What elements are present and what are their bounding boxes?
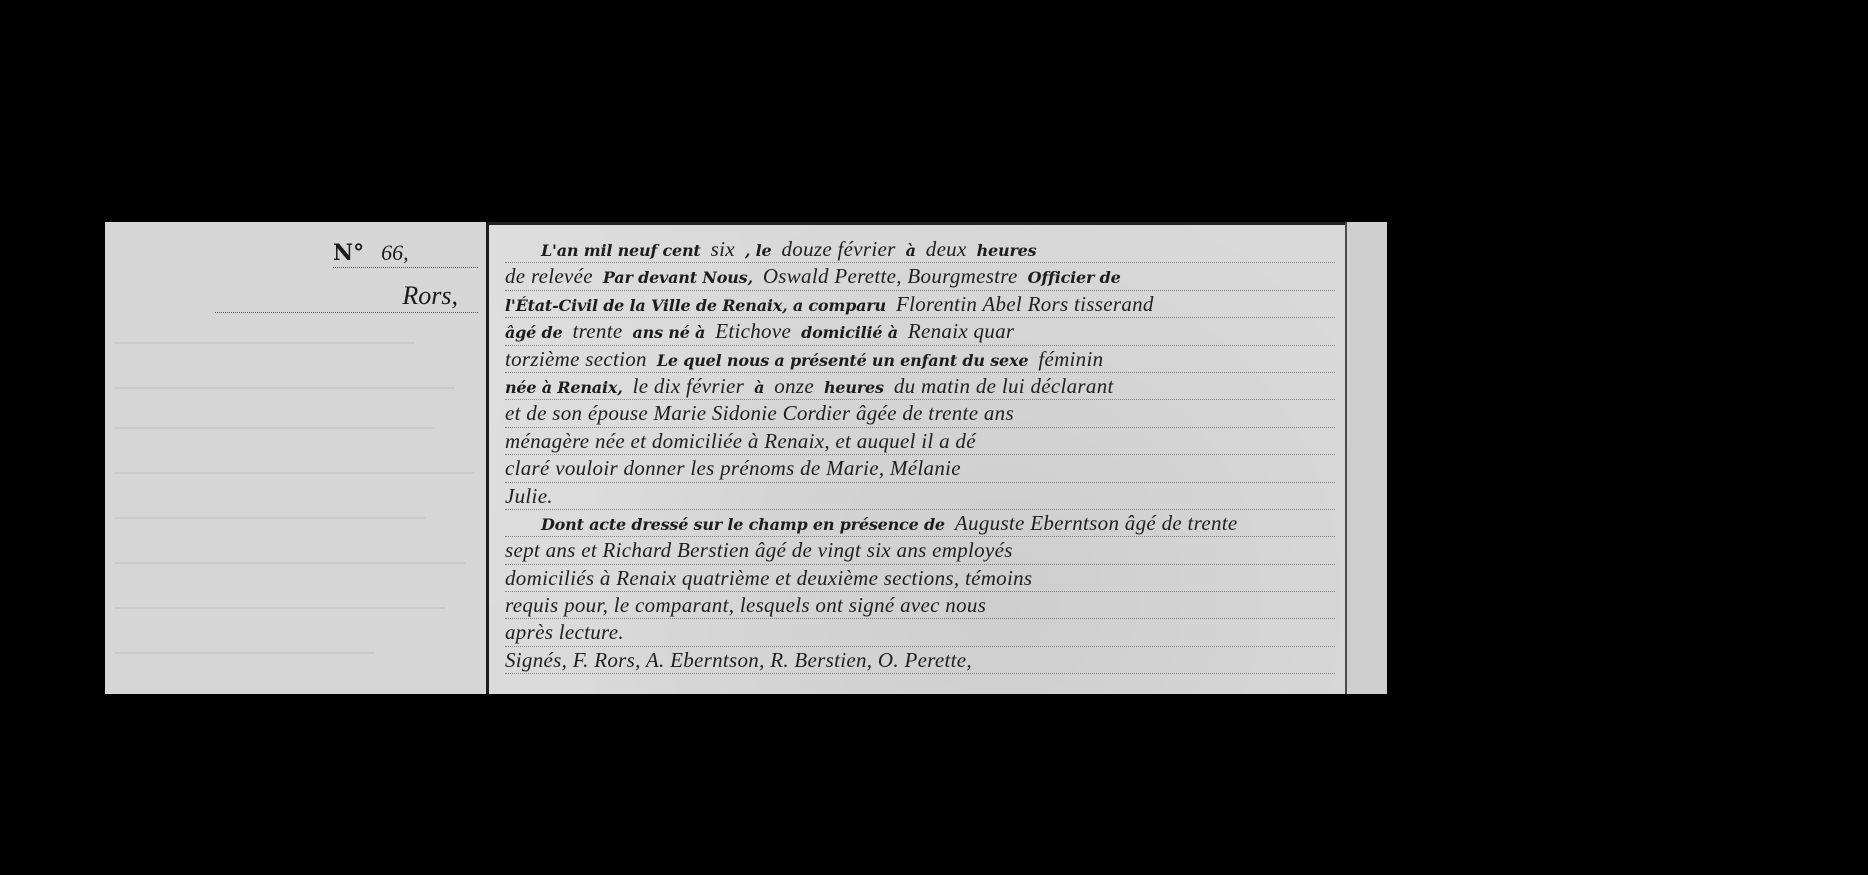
printed-text: Le quel nous a présenté un enfant du sex… — [657, 351, 1028, 370]
handwritten-text: du matin de lui déclarant — [894, 374, 1114, 398]
printed-text: heures — [824, 378, 884, 397]
record-line: sept ans et Richard Berstien âgé de ving… — [505, 537, 1335, 564]
printed-text: Par devant Nous, — [603, 268, 753, 287]
handwritten-text: le dix février — [633, 374, 745, 398]
bleed-through-line — [115, 472, 475, 474]
handwritten-text: Signés, F. Rors, A. Eberntson, R. Bersti… — [505, 648, 972, 672]
printed-text: née à Renaix, — [505, 378, 623, 397]
bleed-through-line — [115, 517, 425, 519]
handwritten-text: douze février — [781, 237, 895, 261]
bleed-through-line — [115, 387, 455, 389]
printed-text: l'État-Civil de la Ville de Renaix, a co… — [505, 296, 886, 315]
handwritten-text: Etichove — [715, 319, 791, 343]
handwritten-text: sept ans et Richard Berstien âgé de ving… — [505, 538, 1013, 562]
handwritten-text: féminin — [1038, 347, 1103, 371]
record-line: Julie. — [505, 483, 1335, 510]
printed-text: Dont acte dressé sur le champ en présenc… — [541, 515, 945, 534]
handwritten-text: après lecture. — [505, 620, 624, 644]
printed-text: , le — [745, 241, 772, 260]
handwritten-text: trente — [572, 319, 622, 343]
handwritten-text: torzième section — [505, 347, 647, 371]
printed-text: à — [754, 378, 764, 397]
record-line: Signés, F. Rors, A. Eberntson, R. Bersti… — [505, 647, 1335, 674]
record-line: claré vouloir donner les prénoms de Mari… — [505, 455, 1335, 482]
top-border — [489, 222, 1345, 225]
handwritten-text: claré vouloir donner les prénoms de Mari… — [505, 456, 961, 480]
record-line: ménagère née et domiciliée à Renaix, et … — [505, 428, 1335, 455]
record-line: née à Renaix,le dix févrieràonzeheuresdu… — [505, 373, 1335, 400]
record-line: requis pour, le comparant, lesquels ont … — [505, 592, 1335, 619]
handwritten-text: Julie. — [505, 484, 553, 508]
record-line: de relevéePar devant Nous,Oswald Perette… — [505, 263, 1335, 290]
scanned-document-page: N° 66, Rors, L'an mil neuf centsix, ledo… — [105, 222, 1387, 694]
printed-text: heures — [977, 241, 1037, 260]
record-line: torzième sectionLe quel nous a présenté … — [505, 346, 1335, 373]
record-line: âgé detrenteans né àEtichovedomicilié àR… — [505, 318, 1335, 345]
handwritten-text: domiciliés à Renaix quatrième et deuxièm… — [505, 566, 1032, 590]
bleed-through-line — [115, 652, 375, 654]
handwritten-text: ménagère née et domiciliée à Renaix, et … — [505, 429, 976, 453]
record-line: et de son épouse Marie Sidonie Cordier â… — [505, 400, 1335, 427]
record-line: L'an mil neuf centsix, ledouze févrieràd… — [505, 236, 1335, 263]
margin-column: N° 66, Rors, — [105, 222, 486, 694]
record-line: après lecture. — [505, 619, 1335, 646]
handwritten-text: Auguste Eberntson âgé de trente — [955, 511, 1238, 535]
record-line: Dont acte dressé sur le champ en présenc… — [505, 510, 1335, 537]
column-divider — [486, 222, 489, 694]
handwritten-text: Renaix quar — [908, 319, 1015, 343]
entry-number-label: N° — [333, 240, 364, 266]
printed-text: ans né à — [633, 323, 706, 342]
handwritten-text: Florentin Abel Rors tisserand — [896, 292, 1154, 316]
record-line: l'État-Civil de la Ville de Renaix, a co… — [505, 291, 1335, 318]
handwritten-text: deux — [926, 237, 967, 261]
right-margin-strip — [1347, 222, 1387, 694]
bleed-through-line — [115, 427, 435, 429]
printed-text: L'an mil neuf cent — [541, 241, 701, 260]
bleed-through-line — [115, 562, 465, 564]
printed-text: âgé de — [505, 323, 562, 342]
margin-surname: Rors, — [215, 280, 478, 313]
entry-number: N° 66, — [333, 240, 478, 268]
handwritten-text: Oswald Perette, Bourgmestre — [763, 264, 1018, 288]
printed-text: Officier de — [1028, 268, 1121, 287]
printed-text: domicilié à — [801, 323, 898, 342]
record-body: L'an mil neuf centsix, ledouze févrieràd… — [505, 236, 1335, 674]
printed-text: à — [906, 241, 916, 260]
handwritten-text: six — [711, 237, 735, 261]
record-line: domiciliés à Renaix quatrième et deuxièm… — [505, 565, 1335, 592]
handwritten-text: requis pour, le comparant, lesquels ont … — [505, 593, 986, 617]
bleed-through-line — [115, 607, 445, 609]
handwritten-text: onze — [774, 374, 814, 398]
handwritten-text: et de son épouse Marie Sidonie Cordier â… — [505, 401, 1014, 425]
handwritten-text: de relevée — [505, 264, 593, 288]
entry-number-value: 66, — [381, 240, 409, 265]
bleed-through-line — [115, 342, 415, 344]
